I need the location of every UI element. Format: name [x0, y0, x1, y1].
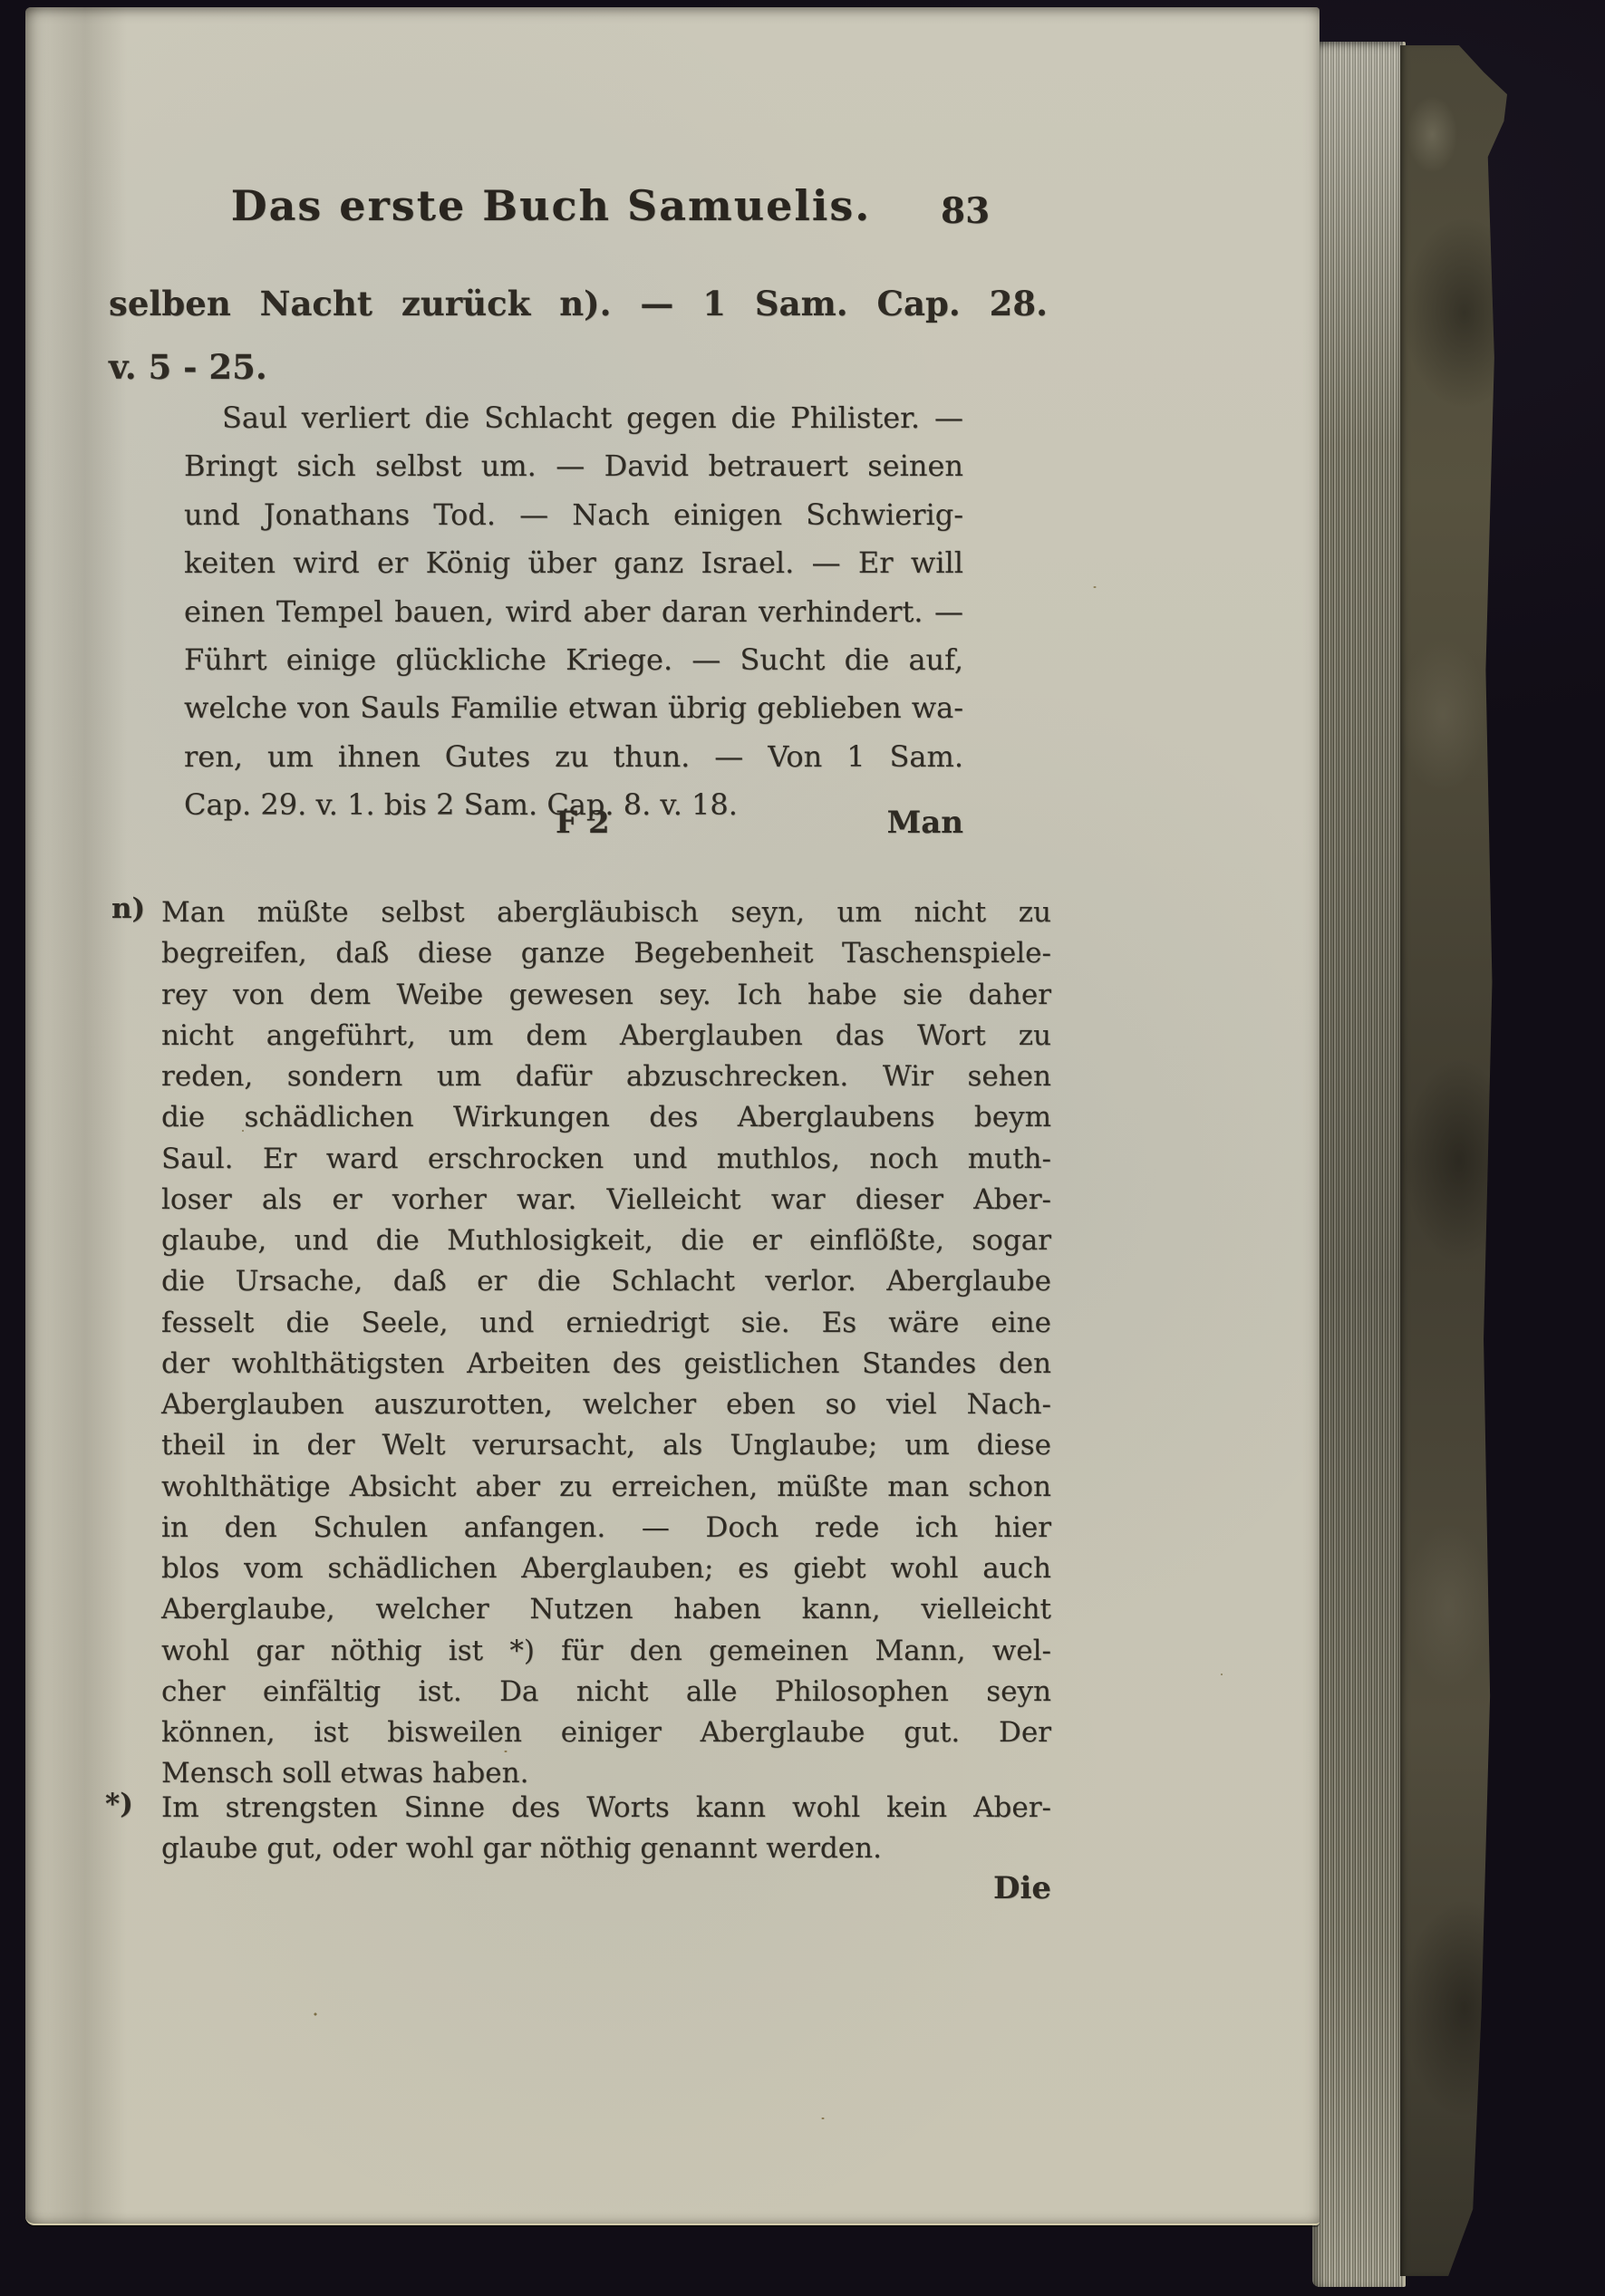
catchword-man: Man [184, 805, 963, 841]
text-line: rey von dem Weibe gewesen sey. Ich habe … [161, 975, 1051, 1016]
text-line: loser als er vorher war. Vielleicht war … [161, 1180, 1051, 1220]
footnote-n: Man müßte selbst abergläubisch seyn, um … [161, 892, 1051, 1795]
text-line: Aberglaube, welcher Nutzen haben kann, v… [161, 1589, 1051, 1630]
text-line: v. 5 - 25. [109, 335, 1048, 399]
text-line: keiten wird er König über ganz Israel. —… [184, 539, 963, 587]
text-line: blos vom schädlichen Aberglauben; es gie… [161, 1548, 1051, 1589]
text-line: Aberglauben auszurotten, welcher eben so… [161, 1384, 1051, 1425]
page-number: 83 [941, 190, 990, 232]
text-line: können, ist bisweilen einiger Aberglaube… [161, 1712, 1051, 1753]
running-header: Das erste Buch Samuelis. [98, 181, 1004, 230]
text-line: Im strengsten Sinne des Worts kann wohl … [161, 1788, 1051, 1828]
intro-paragraph: selben Nacht zurück n). — 1 Sam. Cap. 28… [109, 272, 1048, 399]
text-line: wohlthätige Absicht aber zu erreichen, m… [161, 1467, 1051, 1508]
footnote-star: Im strengsten Sinne des Worts kann wohl … [161, 1788, 1051, 1870]
book-page: Das erste Buch Samuelis. 83 selben Nacht… [25, 7, 1320, 2225]
text-line: Bringt sich selbst um. — David betrauert… [184, 442, 963, 490]
book-fore-edge [1312, 42, 1406, 2287]
text-line: glaube gut, oder wohl gar nöthig genannt… [161, 1828, 1051, 1869]
text-line: glaube, und die Muthlosigkeit, die er ei… [161, 1220, 1051, 1261]
chapter-summary: Saul verliert die Schlacht gegen die Phi… [184, 394, 963, 830]
text-line: einen Tempel bauen, wird aber daran verh… [184, 588, 963, 636]
text-line: fesselt die Seele, und erniedrigt sie. E… [161, 1303, 1051, 1344]
text-line: selben Nacht zurück n). — 1 Sam. Cap. 28… [109, 272, 1048, 335]
text-line: welche von Sauls Familie etwan übrig geb… [184, 684, 963, 732]
text-line: ren, um ihnen Gutes zu thun. — Von 1 Sam… [184, 733, 963, 781]
text-line: cher einfältig ist. Da nicht alle Philos… [161, 1672, 1051, 1712]
text-line: begreifen, daß diese ganze Begebenheit T… [161, 933, 1051, 974]
footnote-n-marker: n) [111, 892, 145, 925]
text-line: Saul verliert die Schlacht gegen die Phi… [184, 394, 963, 442]
text-line: die schädlichen Wirkungen des Aberglaube… [161, 1097, 1051, 1138]
text-line: Saul. Er ward erschrocken und muthlos, n… [161, 1139, 1051, 1180]
text-line: und Jonathans Tod. — Nach einigen Schwie… [184, 491, 963, 539]
text-line: der wohlthätigsten Arbeiten des geistlic… [161, 1344, 1051, 1384]
text-line: die Ursache, daß er die Schlacht verlor.… [161, 1261, 1051, 1302]
text-line: Führt einige glückliche Kriege. — Sucht … [184, 636, 963, 684]
text-line: theil in der Welt verursacht, als Unglau… [161, 1425, 1051, 1466]
text-line: nicht angeführt, um dem Aberglauben das … [161, 1016, 1051, 1056]
book-photo: Das erste Buch Samuelis. 83 selben Nacht… [0, 0, 1605, 2296]
book-cover-edge [1400, 45, 1507, 2276]
footnote-star-marker: *) [105, 1788, 133, 1820]
text-line: Man müßte selbst abergläubisch seyn, um … [161, 892, 1051, 933]
text-line: reden, sondern um dafür abzuschrecken. W… [161, 1056, 1051, 1097]
text-line: wohl gar nöthig ist *) für den gemeinen … [161, 1631, 1051, 1672]
catchword-die: Die [161, 1870, 1051, 1906]
text-line: in den Schulen anfangen. — Doch rede ich… [161, 1508, 1051, 1548]
